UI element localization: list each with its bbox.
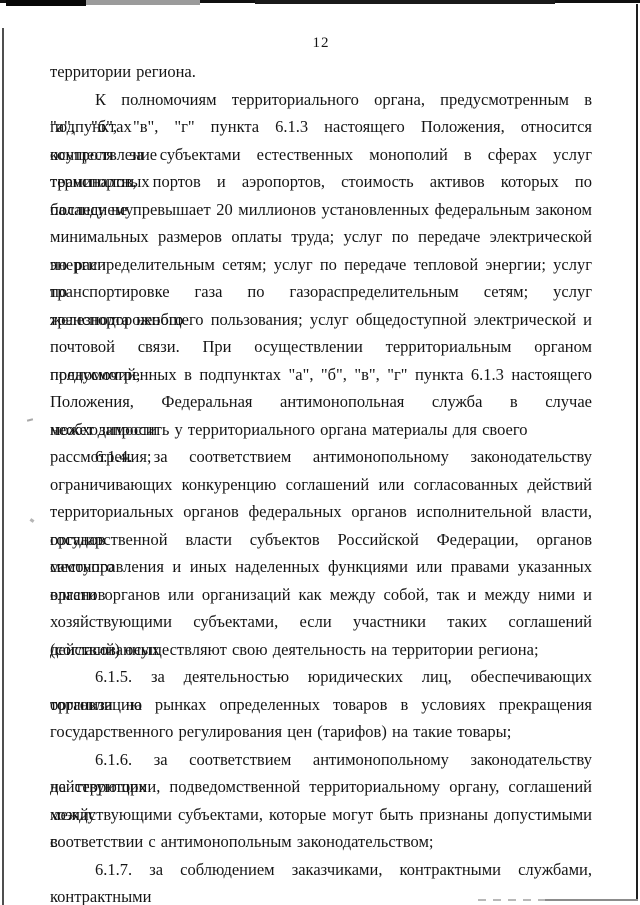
text-line: транспорта необщего пользования; услуг о… (50, 306, 592, 334)
text-line: территориальных органов федеральных орга… (50, 498, 592, 526)
text-line: на территории, подведомственной территор… (50, 773, 592, 801)
paragraph: 6.1.5. за деятельностью юридических лиц,… (50, 663, 592, 746)
scan-artifact-top-edge-dark (255, 0, 555, 4)
scan-artifact-top-edge-gray (86, 0, 200, 5)
text-line: предусмотренных в подпунктах "а", "б", "… (50, 361, 592, 389)
paragraph: территории региона. (50, 58, 592, 86)
text-line: действий) осуществляют свою деятельность… (50, 636, 592, 664)
text-line: 6.1.5. за деятельностью юридических лиц,… (50, 663, 592, 691)
text-line: терминалов, портов и аэропортов, стоимос… (50, 168, 592, 196)
text-line: К полномочиям территориального органа, п… (50, 86, 592, 114)
paragraph: 6.1.6. за соответствием антимонопольному… (50, 746, 592, 856)
text-line: почтовой связи. При осуществлении террит… (50, 333, 592, 361)
scan-speckle (30, 518, 35, 523)
text-line: контроля за субъектами естественных моно… (50, 141, 592, 169)
text-line: балансу не превышает 20 миллионов устано… (50, 196, 592, 224)
scan-speckle (27, 418, 33, 421)
text-line: территории региона. (50, 58, 592, 86)
text-line: Положения, Федеральная антимонопольная с… (50, 388, 592, 416)
scan-artifact-right-edge-line (636, 4, 638, 901)
page-number: 12 (0, 35, 640, 52)
text-line: может запросить у территориального орган… (50, 416, 592, 444)
paragraph: К полномочиям территориального органа, п… (50, 86, 592, 444)
text-line: хозяйствующими субъектами, которые могут… (50, 801, 592, 829)
scan-artifact-left-edge-line (2, 28, 4, 905)
text-line: минимальных размеров оплаты труда; услуг… (50, 223, 592, 251)
text-line: соответствии с антимонопольным законодат… (50, 828, 592, 856)
text-line: по распределительным сетям; услуг по пер… (50, 251, 592, 279)
text-line: государственного регулирования цен (тари… (50, 718, 592, 746)
scan-artifact-top-edge-thick (6, 0, 86, 6)
text-line: "а", "б", "в", "г" пункта 6.1.3 настояще… (50, 113, 592, 141)
document-text: территории региона.К полномочиям террито… (50, 58, 592, 883)
text-line: 6.1.6. за соответствием антимонопольному… (50, 746, 592, 774)
text-line: власти органов или организаций как между… (50, 581, 592, 609)
document-page: 12 территории региона.К полномочиям терр… (0, 0, 640, 905)
text-line: 6.1.4. за соответствием антимонопольному… (50, 443, 592, 471)
text-line: транспортировке газа по газораспределите… (50, 278, 592, 306)
text-line: ограничивающих конкуренцию соглашений ил… (50, 471, 592, 499)
scan-artifact-bottom-dashes (478, 899, 545, 901)
text-line: торговли на рынках определенных товаров … (50, 691, 592, 719)
scan-artifact-bottom-line (545, 899, 638, 901)
text-line: 6.1.7. за соблюдением заказчиками, контр… (50, 856, 592, 884)
paragraph: 6.1.7. за соблюдением заказчиками, контр… (50, 856, 592, 884)
paragraph: 6.1.4. за соответствием антимонопольному… (50, 443, 592, 663)
text-line: хозяйствующими субъектами, если участник… (50, 608, 592, 636)
text-line: государственной власти субъектов Российс… (50, 526, 592, 554)
text-line: самоуправления и иных наделенных функция… (50, 553, 592, 581)
